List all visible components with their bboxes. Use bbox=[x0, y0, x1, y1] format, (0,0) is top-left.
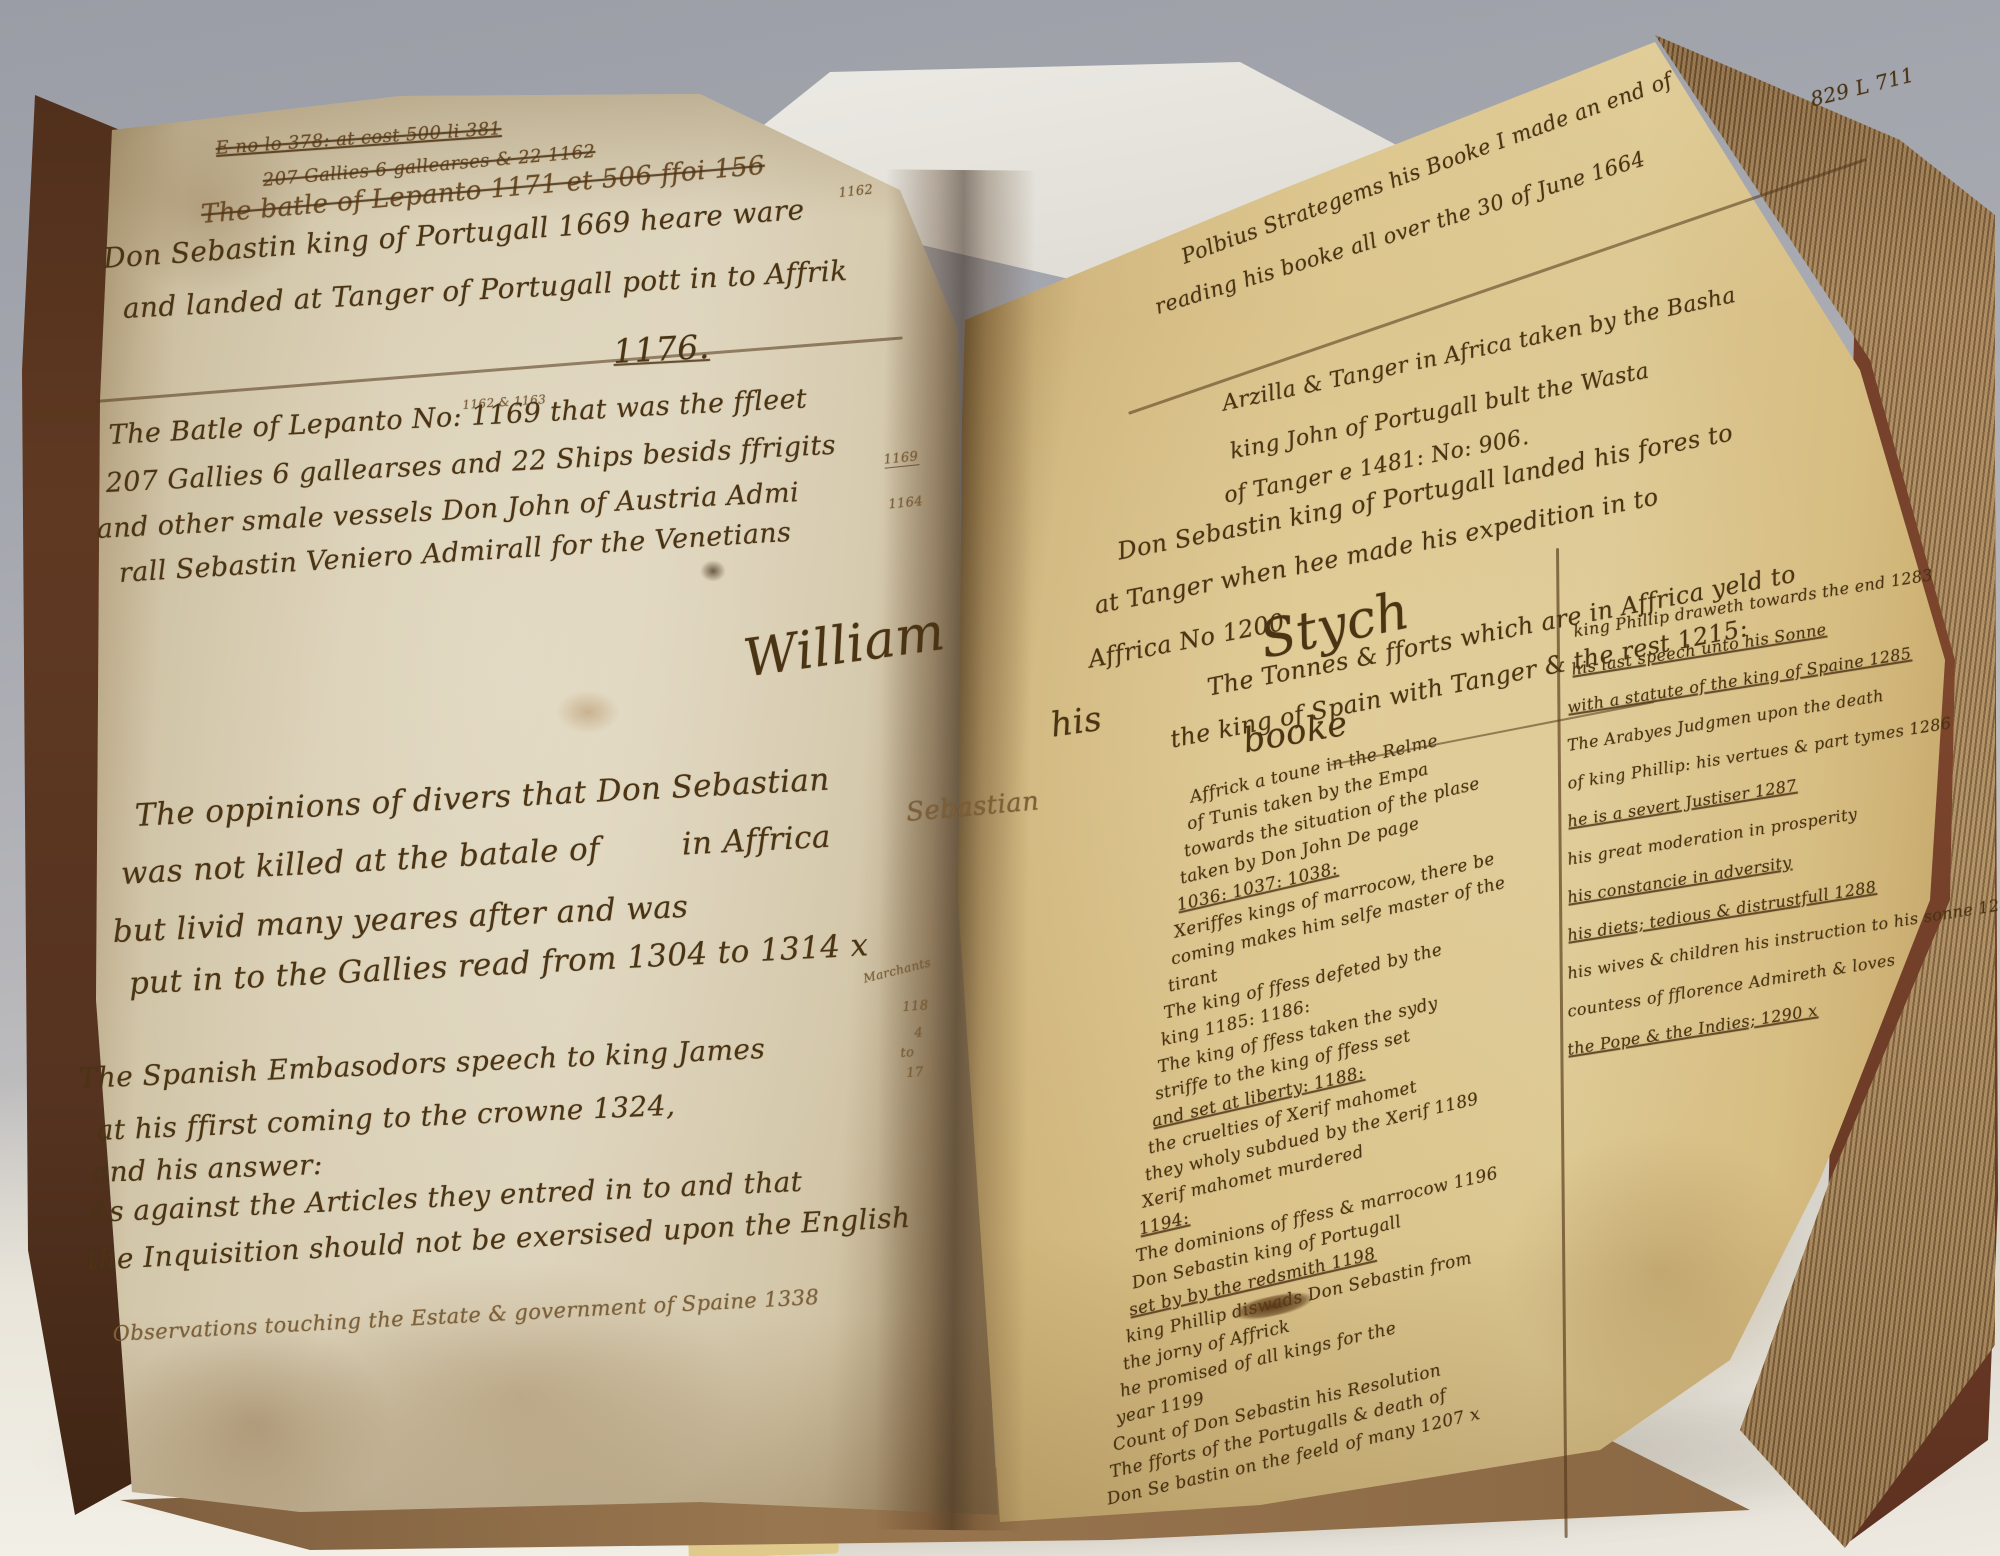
margin-note: 17 bbox=[906, 1065, 924, 1081]
heading-ref: 829 L 711 bbox=[1808, 62, 1917, 111]
margin-fraction-bottom: 1164 bbox=[888, 495, 924, 512]
manuscript-photo: E no lo 378: at cost 500 li 381 207 Gall… bbox=[0, 0, 2000, 1556]
gutter-shadow bbox=[874, 169, 1036, 1530]
margin-note: 118 bbox=[902, 998, 929, 1015]
margin-fraction-top: 1169 bbox=[883, 450, 919, 468]
margin-note: to bbox=[900, 1045, 915, 1061]
tangier-entry-year: 1176. bbox=[612, 327, 710, 371]
margin-note: 4 bbox=[914, 1025, 924, 1041]
ownership-his: his bbox=[1048, 699, 1104, 746]
